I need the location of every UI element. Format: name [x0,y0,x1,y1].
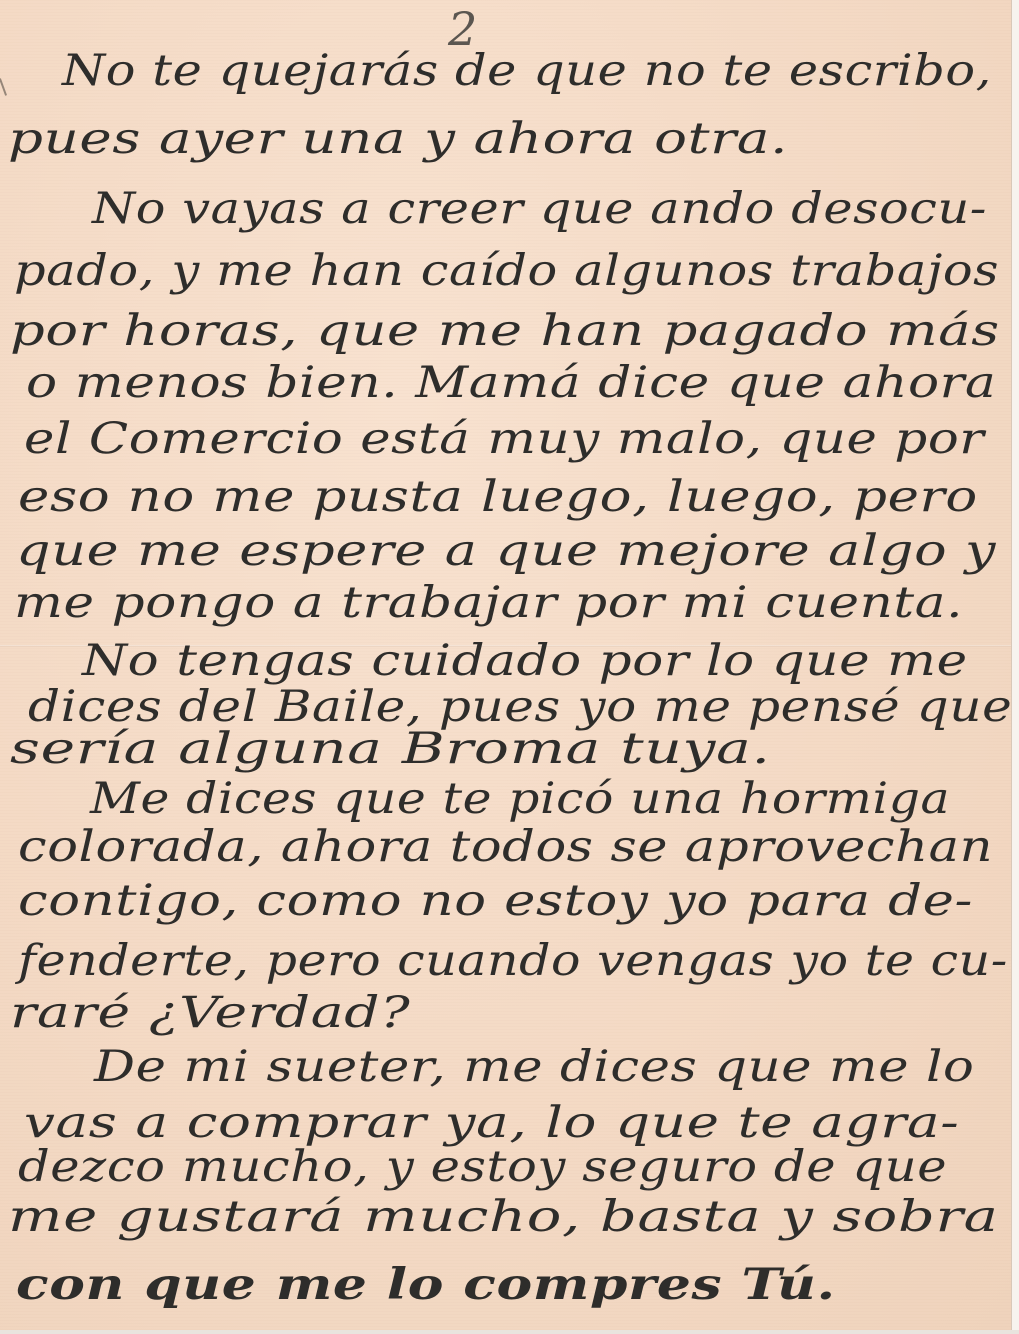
letter-line-14: Me dices que te picó una hormiga [90,778,950,821]
letter-line-18: raré ¿Verdad? [10,992,410,1035]
margin-ink-mark [0,78,7,96]
letter-line-8: eso no me pusta luego, luego, pero [18,476,978,519]
letter-line-6: o menos bien. Mamá dice que ahora [26,362,996,405]
letter-line-16: contigo, como no estoy yo para de- [18,880,973,923]
letter-line-9: que me espere a que mejore algo y [16,530,996,573]
letter-line-2: pues ayer una y ahora otra. [8,118,788,161]
letter-line-22: me gustará mucho, basta y sobra [8,1196,999,1239]
letter-page: 2 No te quejarás de que no te escribo, p… [0,0,1011,1330]
scan-bottom-edge [0,1330,1019,1334]
letter-line-10: me pongo a trabajar por mi cuenta. [14,582,963,625]
letter-line-19: De mi sueter, me dices que me lo [94,1046,974,1089]
letter-line-15: colorada, ahora todos se aprovechan [18,826,993,869]
letter-line-12: dices del Baile, pues yo me pensé que [28,686,1012,729]
letter-line-17: fenderte, pero cuando vengas yo te cu- [18,940,1008,983]
letter-line-20: vas a comprar ya, lo que te agra- [24,1102,959,1145]
letter-line-13: sería alguna Broma tuya. [10,728,771,771]
letter-line-5: por horas, que me han pagado más [10,310,1000,353]
scan-right-edge [1011,0,1019,1334]
letter-line-7: el Comercio está muy malo, que por [24,418,984,461]
letter-line-3: No vayas a creer que ando desocu- [92,188,987,231]
letter-line-4: pado, y me han caído algunos trabajos [14,250,999,293]
letter-line-1: No te quejarás de que no te escribo, [62,50,992,93]
letter-line-23-closing: con que me lo compres Tú. [16,1264,836,1307]
letter-line-11: No tengas cuidado por lo que me [82,640,968,683]
letter-line-21: dezco mucho, y estoy seguro de que [18,1146,947,1189]
